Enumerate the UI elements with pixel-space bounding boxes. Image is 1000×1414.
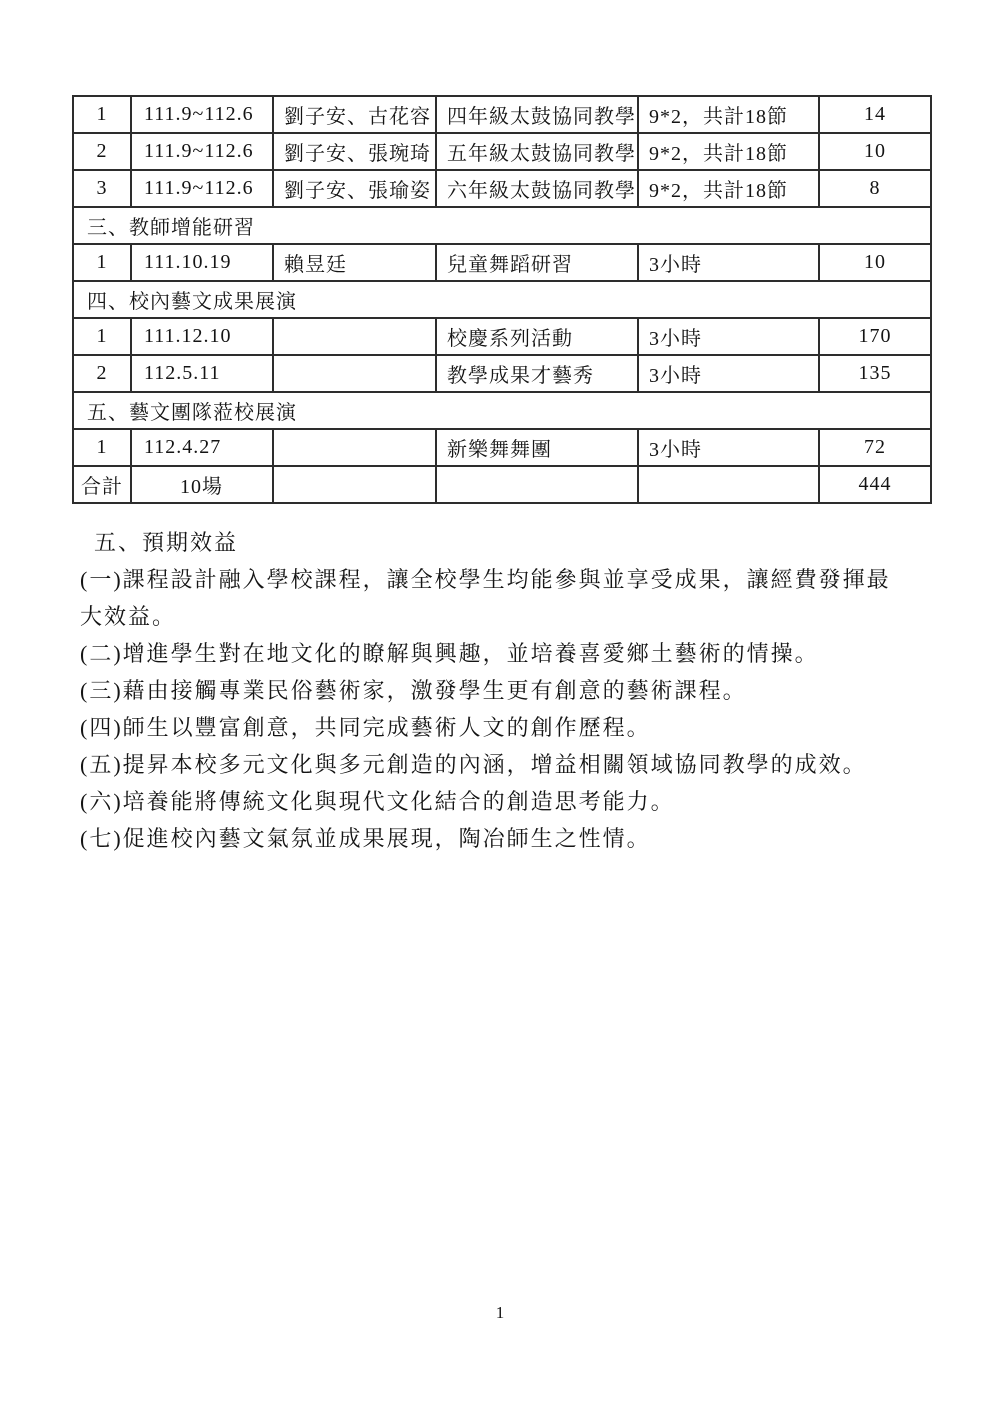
cell-personnel [273, 466, 436, 503]
activity-summary-table: 1 111.9~112.6 劉子安、古花容 四年級太鼓協同教學 9*2，共計18… [72, 95, 930, 504]
cell-count: 10 [819, 244, 931, 281]
cell-personnel: 劉子安、張瑜姿 [273, 170, 436, 207]
cell-personnel: 賴昱廷 [273, 244, 436, 281]
table-row: 1 112.4.27 新樂舞舞團 3小時 72 [73, 429, 931, 466]
cell-activity: 兒童舞蹈研習 [436, 244, 638, 281]
cell-personnel [273, 355, 436, 392]
cell-sessions: 9*2，共計18節 [638, 96, 819, 133]
cell-date: 111.9~112.6 [131, 96, 273, 133]
cell-total-count: 444 [819, 466, 931, 503]
benefit-line: (五)提昇本校多元文化與多元創造的內涵，增益相關領域協同教學的成效。 [80, 746, 920, 783]
cell-seq: 1 [73, 96, 131, 133]
section-title: 三、教師增能研習 [73, 207, 931, 244]
cell-count: 14 [819, 96, 931, 133]
table-row: 3 111.9~112.6 劉子安、張瑜姿 六年級太鼓協同教學 9*2，共計18… [73, 170, 931, 207]
benefit-line: 大效益。 [80, 598, 920, 635]
cell-count: 170 [819, 318, 931, 355]
cell-sessions: 3小時 [638, 429, 819, 466]
benefit-line: (三)藉由接觸專業民俗藝術家，激發學生更有創意的藝術課程。 [80, 672, 920, 709]
cell-total-events: 10場 [131, 466, 273, 503]
cell-sessions: 3小時 [638, 355, 819, 392]
table-row: 1 111.12.10 校慶系列活動 3小時 170 [73, 318, 931, 355]
table-row: 2 111.9~112.6 劉子安、張琬琦 五年級太鼓協同教學 9*2，共計18… [73, 133, 931, 170]
cell-activity: 新樂舞舞團 [436, 429, 638, 466]
total-row: 合計 10場 444 [73, 466, 931, 503]
benefit-line: (六)培養能將傳統文化與現代文化結合的創造思考能力。 [80, 783, 920, 820]
cell-seq: 1 [73, 318, 131, 355]
activity-table: 1 111.9~112.6 劉子安、古花容 四年級太鼓協同教學 9*2，共計18… [72, 95, 932, 504]
cell-seq: 2 [73, 355, 131, 392]
section-title: 四、校內藝文成果展演 [73, 281, 931, 318]
section-row: 五、藝文團隊蒞校展演 [73, 392, 931, 429]
benefit-line: (七)促進校內藝文氣氛並成果展現，陶冶師生之性情。 [80, 820, 920, 857]
cell-activity [436, 466, 638, 503]
benefit-line: (一)課程設計融入學校課程，讓全校學生均能參與並享受成果，讓經費發揮最 [80, 561, 920, 598]
cell-activity: 四年級太鼓協同教學 [436, 96, 638, 133]
section-row: 四、校內藝文成果展演 [73, 281, 931, 318]
cell-sessions: 9*2，共計18節 [638, 170, 819, 207]
cell-date: 111.9~112.6 [131, 133, 273, 170]
cell-date: 111.12.10 [131, 318, 273, 355]
cell-sessions: 3小時 [638, 318, 819, 355]
cell-activity: 校慶系列活動 [436, 318, 638, 355]
cell-sessions: 9*2，共計18節 [638, 133, 819, 170]
cell-total-label: 合計 [73, 466, 131, 503]
cell-count: 8 [819, 170, 931, 207]
expected-benefits-section: 五、預期效益 (一)課程設計融入學校課程，讓全校學生均能參與並享受成果，讓經費發… [80, 524, 920, 857]
cell-personnel [273, 318, 436, 355]
section-heading: 五、預期效益 [80, 524, 920, 561]
page-number: 1 [0, 1303, 1000, 1323]
cell-activity: 六年級太鼓協同教學 [436, 170, 638, 207]
cell-activity: 五年級太鼓協同教學 [436, 133, 638, 170]
cell-date: 111.9~112.6 [131, 170, 273, 207]
cell-seq: 1 [73, 429, 131, 466]
cell-seq: 2 [73, 133, 131, 170]
cell-seq: 1 [73, 244, 131, 281]
cell-date: 112.4.27 [131, 429, 273, 466]
table-row: 1 111.9~112.6 劉子安、古花容 四年級太鼓協同教學 9*2，共計18… [73, 96, 931, 133]
cell-personnel [273, 429, 436, 466]
benefit-line: (四)師生以豐富創意，共同完成藝術人文的創作歷程。 [80, 709, 920, 746]
section-title: 五、藝文團隊蒞校展演 [73, 392, 931, 429]
cell-activity: 教學成果才藝秀 [436, 355, 638, 392]
cell-count: 10 [819, 133, 931, 170]
table-row: 2 112.5.11 教學成果才藝秀 3小時 135 [73, 355, 931, 392]
cell-seq: 3 [73, 170, 131, 207]
cell-sessions: 3小時 [638, 244, 819, 281]
cell-personnel: 劉子安、張琬琦 [273, 133, 436, 170]
section-row: 三、教師增能研習 [73, 207, 931, 244]
table-row: 1 111.10.19 賴昱廷 兒童舞蹈研習 3小時 10 [73, 244, 931, 281]
cell-count: 72 [819, 429, 931, 466]
cell-date: 111.10.19 [131, 244, 273, 281]
cell-date: 112.5.11 [131, 355, 273, 392]
cell-count: 135 [819, 355, 931, 392]
benefit-line: (二)增進學生對在地文化的瞭解與興趣，並培養喜愛鄉土藝術的情操。 [80, 635, 920, 672]
cell-sessions [638, 466, 819, 503]
cell-personnel: 劉子安、古花容 [273, 96, 436, 133]
